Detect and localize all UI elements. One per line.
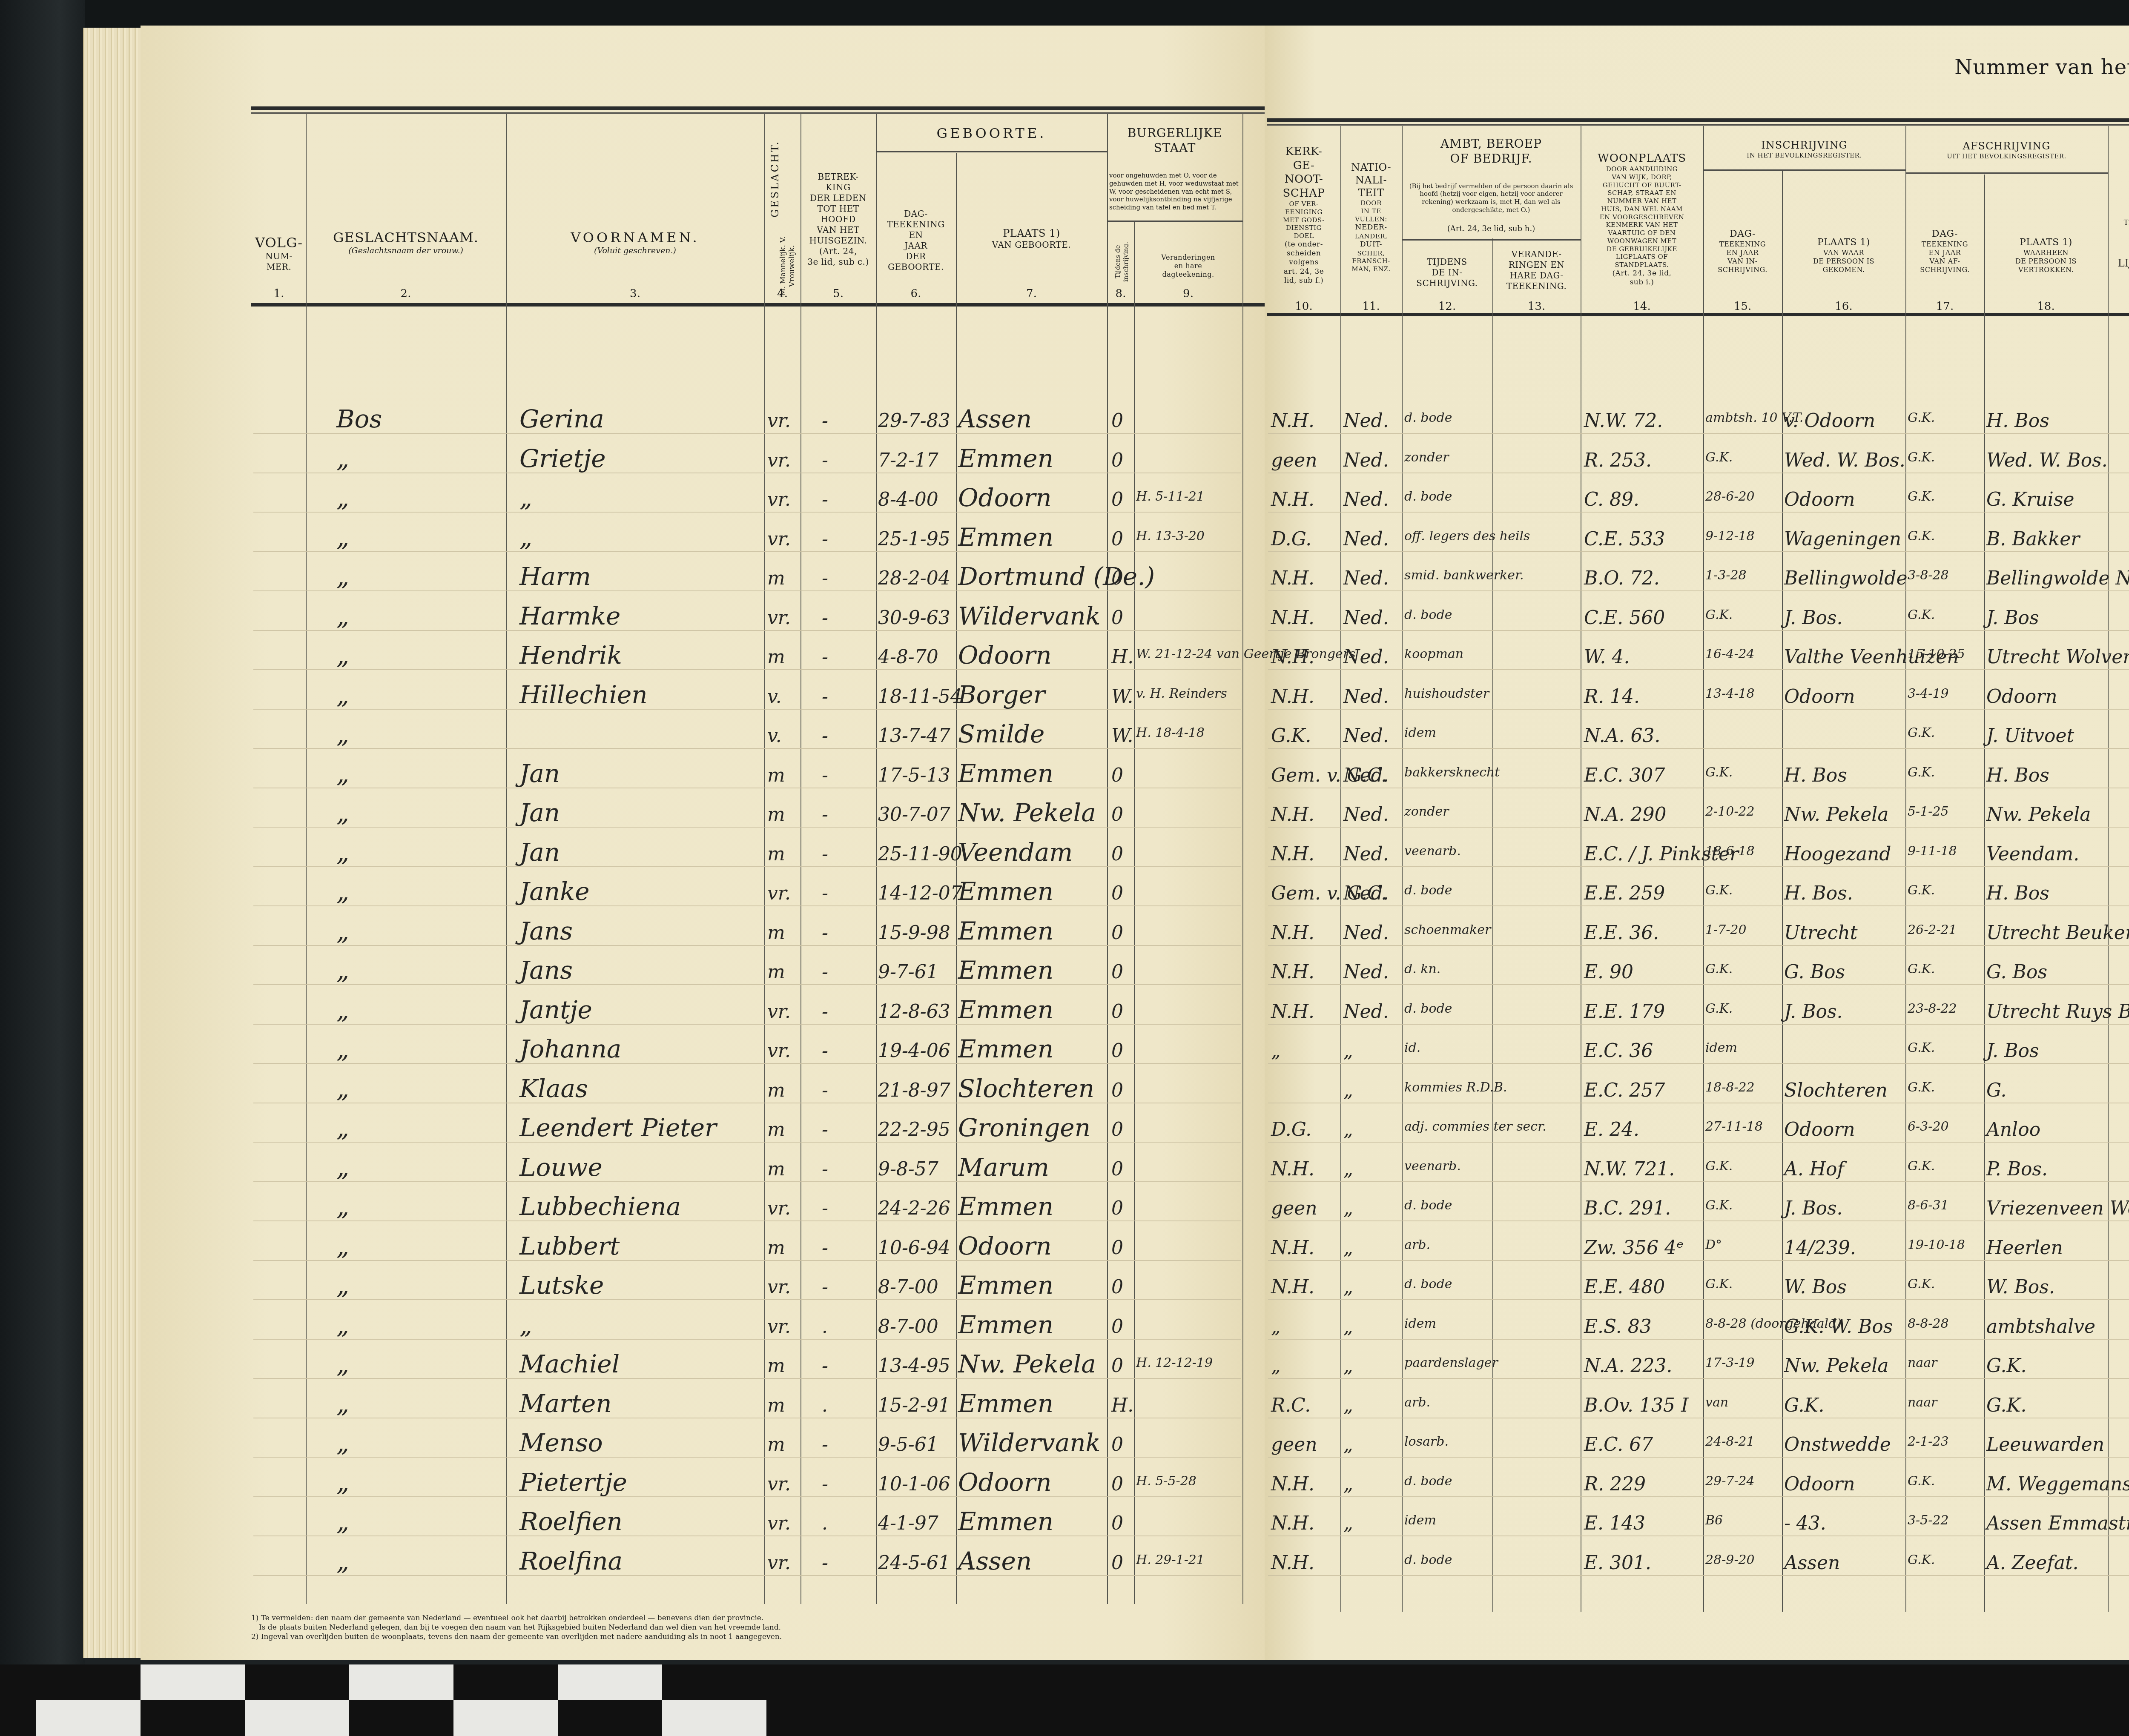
entry-rel: -: [822, 727, 828, 745]
entry-cs-change: H. 5-11-21: [1136, 490, 1205, 503]
calibration-white-cell: [662, 1700, 766, 1736]
entry-church: N.H.: [1271, 609, 1314, 627]
entry-born: 4-1-97: [878, 1514, 938, 1533]
header-text: OF VER-: [1289, 200, 1318, 208]
header-inschrijving-plaats: PLAATS 1) VAN WAAR DE PERSOON IS GEKOMEN…: [1783, 217, 1905, 294]
column-divider: [306, 114, 307, 1604]
entry-church: geen: [1271, 1435, 1317, 1454]
entry-cs: 0: [1111, 1239, 1123, 1258]
entry-out-date: G.K.: [1908, 884, 1935, 897]
entry-in-date: G.K.: [1705, 451, 1733, 464]
entry-cs: 0: [1111, 963, 1123, 982]
entry-sex: vr.: [767, 1318, 791, 1336]
header-text: DOOR AANDUIDING: [1606, 165, 1678, 173]
header-text: EN JAAR: [1929, 249, 1961, 257]
header-text: TEEKENING: [1922, 240, 1968, 249]
entry-surname: „: [336, 997, 349, 1022]
entry-rel: .: [822, 1514, 828, 1533]
header-text: WAARHEEN: [2023, 249, 2069, 257]
entry-church: D.G.: [1271, 1120, 1311, 1139]
header-text: NOOT-: [1285, 172, 1323, 186]
header-text: DER: [906, 251, 926, 262]
entry-in-from: J. Bos.: [1784, 1003, 1843, 1021]
color-calibration-strip: [0, 1664, 2129, 1736]
entry-address: E. 143: [1584, 1514, 1645, 1533]
header-veranderingen: Veranderingen en hare dagteekening.: [1135, 238, 1242, 294]
ruled-line: [253, 1181, 1241, 1182]
entry-sex: vr.: [767, 1278, 791, 1297]
entry-rel: -: [822, 530, 828, 549]
entry-nat: „: [1343, 1160, 1353, 1179]
entry-sex: vr.: [767, 1003, 791, 1021]
entry-born: 25-1-95: [878, 530, 950, 549]
entry-surname: „: [336, 446, 349, 471]
header-text: TEEKENING: [2124, 218, 2129, 227]
entry-out-to: Assen Emmastraat 20: [1986, 1514, 2129, 1533]
column-divider: [1402, 126, 1403, 1612]
entry-rel: -: [822, 412, 828, 430]
entry-surname: „: [336, 1194, 349, 1219]
entry-address: E. 24.: [1584, 1120, 1639, 1139]
entry-place: Marum: [958, 1155, 1049, 1180]
entry-born: 25-11-90: [878, 845, 962, 864]
entry-first: Jans: [519, 958, 573, 983]
entry-surname: „: [336, 761, 349, 786]
entry-out-to: Heerlen: [1986, 1239, 2063, 1258]
entry-born: 13-4-95: [878, 1357, 950, 1375]
entry-first: Lutske: [519, 1273, 604, 1298]
entry-place: Emmen: [958, 1312, 1053, 1337]
column-divider: [764, 114, 765, 1604]
entry-occ: idem: [1404, 1514, 1436, 1527]
entry-cs: 0: [1111, 766, 1123, 785]
column-divider: [1581, 126, 1581, 1612]
entry-born: 19-4-06: [878, 1042, 950, 1060]
header-text: HOOFD: [821, 214, 856, 225]
entry-nat: Ned.: [1343, 648, 1389, 667]
header-text: Veranderingen: [1161, 253, 1215, 262]
entry-in-from: v. Odoorn: [1784, 412, 1875, 430]
entry-sex: vr.: [767, 530, 791, 549]
entry-rel: -: [822, 648, 828, 667]
entry-out-date: 26-2-21: [1908, 924, 1957, 937]
calibration-white-cell: [453, 1700, 558, 1736]
header-beroep-veranderingen: VERANDE- RINGEN EN HARE DAG- TEEKENING.: [1493, 243, 1580, 298]
header-text: WOONPLAATS: [1598, 152, 1686, 166]
entry-nat: Ned.: [1343, 490, 1389, 509]
entry-first: Jantje: [519, 997, 592, 1022]
entry-in-from: Bellingwolde: [1784, 569, 1908, 588]
entry-out-to: H. Bos: [1986, 884, 2049, 903]
entry-first: Jans: [519, 919, 573, 943]
entry-church: geen: [1271, 1199, 1317, 1218]
header-subtext: (Geslachtsnaam der vrouw.): [348, 246, 463, 256]
ruled-line: [1268, 1260, 2129, 1261]
header-geboorte-datum: DAG- TEEKENING EN JAAR DER GEBOORTE.: [877, 179, 955, 302]
entry-in-from: Odoorn: [1784, 1120, 1855, 1139]
header-text: EN: [909, 230, 923, 241]
header-text: EENIGING: [1285, 208, 1323, 216]
entry-rel: -: [822, 884, 828, 903]
entry-nat: Ned.: [1343, 766, 1389, 785]
header-text: VOLG-: [255, 234, 303, 251]
entry-out-date: 3-8-28: [1908, 569, 1949, 582]
entry-place: Emmen: [958, 919, 1053, 943]
entry-address: E.E. 179: [1584, 1003, 1665, 1021]
entry-in-from: Odoorn: [1784, 490, 1855, 509]
entry-nat: „: [1343, 1081, 1353, 1100]
entry-in-from: Wageningen: [1784, 530, 1901, 549]
entry-out-date: G.K.: [1908, 1081, 1935, 1094]
ruled-line: [1268, 905, 2129, 906]
entry-cs-change: v. H. Reinders: [1136, 688, 1227, 700]
entry-in-date: 1-7-20: [1705, 924, 1747, 937]
entry-out-to: ambtshalve: [1986, 1318, 2095, 1336]
entry-church: R.C.: [1271, 1396, 1311, 1415]
entry-out-date: 9-11-18: [1908, 845, 1957, 858]
entry-out-date: G.K.: [1908, 727, 1935, 739]
entry-cs-change: H. 29-1-21: [1136, 1554, 1205, 1567]
entry-church: D.G.: [1271, 530, 1311, 549]
entry-cs: 0: [1111, 1160, 1123, 1179]
header-text: GE-: [1293, 159, 1315, 173]
entry-born: 24-5-61: [878, 1554, 950, 1573]
entry-address: E.S. 83: [1584, 1318, 1652, 1336]
entry-occ: d. bode: [1404, 1199, 1452, 1212]
entry-sex: vr.: [767, 884, 791, 903]
entry-in-date: 1-3-28: [1705, 569, 1747, 582]
entry-rel: -: [822, 1554, 828, 1573]
entry-address: E. 90: [1584, 963, 1633, 982]
entry-sex: m: [767, 1435, 785, 1454]
entry-address: R. 253.: [1584, 451, 1652, 470]
ruled-line: [1268, 1457, 2129, 1458]
entry-in-date: D°: [1705, 1239, 1722, 1252]
header-text: NATIO-: [1351, 161, 1391, 174]
column-number: 11.: [1341, 300, 1401, 313]
header-text: DE IN-: [1432, 267, 1462, 278]
entry-first: „: [519, 1312, 532, 1337]
header-beroep-tijdens: TIJDENS DE IN- SCHRIJVING.: [1403, 247, 1492, 298]
entry-out-to: Utrecht Ruys Ballotstraat 54: [1986, 1003, 2129, 1021]
entry-surname: „: [336, 1430, 349, 1455]
entry-in-date: 13-4-18: [1705, 688, 1755, 700]
header-text: TEEKENING.: [1506, 281, 1567, 292]
entry-occ: d. bode: [1404, 1475, 1452, 1488]
entry-in-date: 9-12-18: [1705, 530, 1755, 543]
column-divider: [1242, 114, 1243, 1604]
entry-place: Emmen: [958, 525, 1053, 550]
header-text: MET GODS-: [1283, 216, 1325, 224]
entry-in-from: G. Bos: [1784, 963, 1845, 982]
entry-cs: 0: [1111, 1042, 1123, 1060]
entry-in-date: van: [1705, 1396, 1728, 1409]
entry-first: Hendrik: [519, 643, 622, 667]
entry-in-date: G.K.: [1705, 1003, 1733, 1015]
entry-rel: -: [822, 924, 828, 942]
entry-out-date: naar: [1908, 1357, 1937, 1369]
entry-rel: -: [822, 1199, 828, 1218]
footnote-1-cont: Is de plaats buiten Nederland gelegen, d…: [251, 1623, 1231, 1632]
entry-church: N.H.: [1271, 1554, 1314, 1573]
entry-surname: „: [336, 1234, 349, 1258]
entry-cs: 0: [1111, 1475, 1123, 1494]
entry-occ: arb.: [1404, 1396, 1430, 1409]
entry-occ: d. bode: [1404, 490, 1452, 503]
ruled-line: [1268, 945, 2129, 946]
calibration-white-cell: [36, 1700, 141, 1736]
entry-occ: koopman: [1404, 648, 1463, 661]
entry-sex: m: [767, 766, 785, 785]
entry-in-from: Wed. W. Bos.: [1784, 451, 1905, 470]
entry-rel: -: [822, 1081, 828, 1100]
entry-surname: „: [336, 525, 349, 550]
ruled-line: [1268, 748, 2129, 749]
entry-sex: vr.: [767, 1475, 791, 1494]
ruled-line: [253, 1220, 1241, 1221]
header-text: VOORNAMEN.: [571, 229, 699, 246]
entry-out-date: G.K.: [1908, 412, 1935, 424]
entry-out-to: Wed. W. Bos.: [1986, 451, 2108, 470]
entry-first: Marten: [519, 1391, 612, 1416]
footnote-1: 1) Te vermelden: den naam der gemeente v…: [251, 1613, 1231, 1623]
entry-rel: -: [822, 451, 828, 470]
column-number: 18.: [1985, 300, 2107, 313]
entry-occ: idem: [1404, 1318, 1436, 1330]
entry-in-from: Nw. Pekela: [1784, 1357, 1889, 1375]
entry-first: Johanna: [519, 1037, 621, 1061]
entry-cs: 0: [1111, 569, 1123, 588]
footnotes: 1) Te vermelden: den naam der gemeente v…: [251, 1613, 1231, 1641]
column-number: 8.: [1108, 287, 1133, 300]
ruled-line: [1268, 1496, 2129, 1497]
header-burgerlijke-staat: BURGERLIJKE STAAT: [1108, 117, 1242, 164]
column-divider: [1905, 126, 1906, 1612]
entry-place: Emmen: [958, 761, 1053, 786]
entry-born: 24-2-26: [878, 1199, 950, 1218]
entry-rel: -: [822, 1435, 828, 1454]
entry-born: 29-7-83: [878, 412, 950, 430]
header-text: PLAATS 1): [1003, 227, 1060, 240]
header-text: EN VOORGESCHREVEN: [1600, 213, 1684, 221]
header-text: SCHAP: [1283, 186, 1325, 201]
entry-address: E.C. 67: [1584, 1435, 1653, 1454]
entry-place: Borger: [958, 682, 1045, 707]
entry-out-date: G.K.: [1908, 766, 1935, 779]
header-text: DOEL: [1294, 232, 1314, 240]
header-geslacht: GESLACHT.: [766, 128, 783, 230]
entry-in-date: 18-6-18: [1705, 845, 1755, 858]
header-text: HUIS, DAN WEL NAAM: [1601, 205, 1683, 213]
header-text: SCHRIJVING.: [1920, 266, 1970, 274]
entry-out-date: naar: [1908, 1396, 1937, 1409]
entry-nat: „: [1343, 1239, 1353, 1258]
header-text: KERK-: [1285, 145, 1323, 159]
entry-sex: m: [767, 1081, 785, 1100]
ruled-line: [1268, 1024, 2129, 1025]
header-text: MER.: [267, 262, 292, 272]
entry-in-date: idem: [1705, 1042, 1737, 1054]
entry-nat: „: [1343, 1278, 1353, 1297]
entry-born: 8-7-00: [878, 1318, 938, 1336]
entry-rel: -: [822, 1042, 828, 1060]
entry-born: 28-2-04: [878, 569, 950, 588]
entry-out-date: G.K.: [1908, 530, 1935, 543]
entry-rel: -: [822, 1278, 828, 1297]
entry-nat: Ned.: [1343, 727, 1389, 745]
header-top-rule-right: [1267, 118, 2129, 122]
entry-rel: -: [822, 1357, 828, 1375]
entry-first: Lubbechiena: [519, 1194, 681, 1219]
entry-address: N.A. 223.: [1584, 1357, 1672, 1375]
entry-out-date: 15-10-25: [1908, 648, 1965, 661]
entry-church: N.H.: [1271, 963, 1314, 982]
entry-surname: „: [336, 1470, 349, 1495]
entry-out-to: Veendam.: [1986, 845, 2079, 864]
entry-place: Emmen: [958, 997, 1053, 1022]
entry-occ: zonder: [1404, 451, 1449, 464]
entry-rel: .: [822, 1318, 828, 1336]
header-text: IN TE: [1361, 207, 1381, 215]
header-burgerlijke-legend: voor ongehuwden met O, voor de gehuwden …: [1109, 164, 1240, 219]
header-geslachtsnaam: GESLACHTSNAAM. (Geslachtsnaam der vrouw.…: [307, 213, 505, 272]
entry-place: Odoorn: [958, 643, 1052, 667]
entry-occ: idem: [1404, 727, 1436, 739]
entry-in-date: G.K.: [1705, 1278, 1733, 1291]
header-text: EN JAAR: [1727, 249, 1759, 257]
entry-cs: 0: [1111, 1003, 1123, 1021]
ruled-line: [1268, 512, 2129, 513]
entry-sex: m: [767, 1160, 785, 1179]
entry-in-date: 28-9-20: [1705, 1554, 1755, 1567]
entry-place: Emmen: [958, 446, 1053, 471]
entry-occ: paardenslager: [1404, 1357, 1498, 1369]
entry-out-to: G.K.: [1986, 1396, 2026, 1415]
entry-in-from: Odoorn: [1784, 688, 1855, 706]
entry-address: N.A. 63.: [1584, 727, 1660, 745]
entry-cs: W.: [1111, 688, 1133, 706]
entry-cs: 0: [1111, 490, 1123, 509]
header-overlijden: DAG- TEEKENING EN JAAR VAN OVER- LIJDEN …: [2109, 179, 2129, 298]
entry-first: Harmke: [519, 604, 620, 628]
entry-cs: 0: [1111, 924, 1123, 942]
entry-in-from: Onstwedde: [1784, 1435, 1891, 1454]
entry-in-date: G.K.: [1705, 609, 1733, 622]
header-text: VAN GEBOORTE.: [992, 240, 1071, 250]
entry-born: 8-7-00: [878, 1278, 938, 1297]
entry-born: 17-5-13: [878, 766, 950, 785]
entry-address: B.C. 291.: [1584, 1199, 1671, 1218]
entry-out-date: G.K.: [1908, 609, 1935, 622]
column-number: 17.: [1906, 300, 1983, 313]
entry-surname: „: [336, 604, 349, 628]
entry-nat: „: [1343, 1435, 1353, 1454]
entry-out-to: W. Bos.: [1986, 1278, 2055, 1297]
entry-church: „: [1271, 1357, 1281, 1375]
entry-first: Jan: [519, 761, 560, 786]
header-text: (Art. 24,: [819, 246, 857, 257]
column-divider: [2108, 126, 2109, 1612]
header-text: NEDER-: [1355, 223, 1387, 232]
entry-address: N.A. 290: [1584, 805, 1666, 824]
header-text: DAG-: [904, 209, 928, 219]
calibration-white-cell: [558, 1664, 662, 1700]
ruled-line: [1268, 1063, 2129, 1064]
entry-in-date: G.K.: [1705, 963, 1733, 976]
entry-surname: „: [336, 722, 349, 746]
entry-church: N.H.: [1271, 569, 1314, 588]
entry-surname: „: [336, 1312, 349, 1337]
entry-sex: vr.: [767, 1199, 791, 1218]
header-woonplaats: WOONPLAATS DOOR AANDUIDING VAN WIJK, DOR…: [1581, 136, 1702, 302]
entry-born: 12-8-63: [878, 1003, 950, 1021]
entry-rel: -: [822, 1160, 828, 1179]
entry-born: 30-9-63: [878, 609, 950, 627]
ruled-line: [253, 551, 1241, 552]
entry-nat: „: [1343, 1199, 1353, 1218]
header-text: dagteekening.: [1162, 270, 1214, 279]
entry-cs: 0: [1111, 1081, 1123, 1100]
entry-out-to: Odoorn: [1986, 688, 2057, 706]
entry-rel: -: [822, 845, 828, 864]
ruled-line: [1268, 473, 2129, 473]
calibration-white-cell: [141, 1664, 245, 1700]
entry-first: Gerina: [519, 407, 604, 431]
entry-rel: -: [822, 1239, 828, 1258]
ruled-line: [253, 709, 1241, 710]
entry-out-to: J. Bos: [1986, 609, 2039, 627]
entry-surname: „: [336, 1076, 349, 1101]
entry-cs-change: H. 5-5-28: [1136, 1475, 1196, 1488]
ruled-line: [253, 1260, 1241, 1261]
column-number: 3.: [507, 287, 763, 300]
entry-first: Menso: [519, 1430, 603, 1455]
entry-in-date: 17-3-19: [1705, 1357, 1755, 1369]
column-divider: [876, 114, 877, 1604]
header-text: LIJDEN 2).: [2118, 257, 2129, 269]
entry-out-date: 3-5-22: [1908, 1514, 1949, 1527]
entry-born: 21-8-97: [878, 1081, 950, 1100]
entry-sex: v.: [767, 727, 782, 745]
ruled-line: [1268, 1418, 2129, 1418]
entry-cs: 0: [1111, 1435, 1123, 1454]
entry-address: Zw. 356 4ᵉ: [1584, 1239, 1684, 1258]
entry-address: E.C. 257: [1584, 1081, 1665, 1100]
entry-cs: 0: [1111, 805, 1123, 824]
entry-occ: veenarb.: [1404, 1160, 1461, 1173]
entry-sex: m: [767, 1120, 785, 1139]
header-tijdens-inschrijving: Tijdens de inschrijving.: [1113, 230, 1130, 294]
header-text: SCHAP, STRAAT EN: [1607, 189, 1676, 197]
column-divider: [506, 114, 507, 1604]
entry-sex: m: [767, 845, 785, 864]
entry-out-to: Utrecht Wolvenplein 28: [1986, 648, 2129, 667]
header-text: GEBOORTE.: [888, 262, 944, 272]
entry-surname: „: [336, 879, 349, 904]
entry-out-to: Leeuwarden: [1986, 1435, 2104, 1454]
ruled-line: [253, 984, 1241, 985]
entry-address: C.E. 533: [1584, 530, 1665, 549]
entry-surname: „: [336, 1155, 349, 1180]
entry-surname: „: [336, 1115, 349, 1140]
entry-in-date: G.K.: [1705, 1199, 1733, 1212]
entry-in-from: Utrecht: [1784, 924, 1858, 942]
entry-nat: „: [1343, 1357, 1353, 1375]
header-text: VAN WIJK, DORP,: [1612, 173, 1672, 181]
ruled-line: [1268, 551, 2129, 552]
entry-first: Louwe: [519, 1155, 603, 1180]
ruled-line: [1268, 1339, 2129, 1340]
